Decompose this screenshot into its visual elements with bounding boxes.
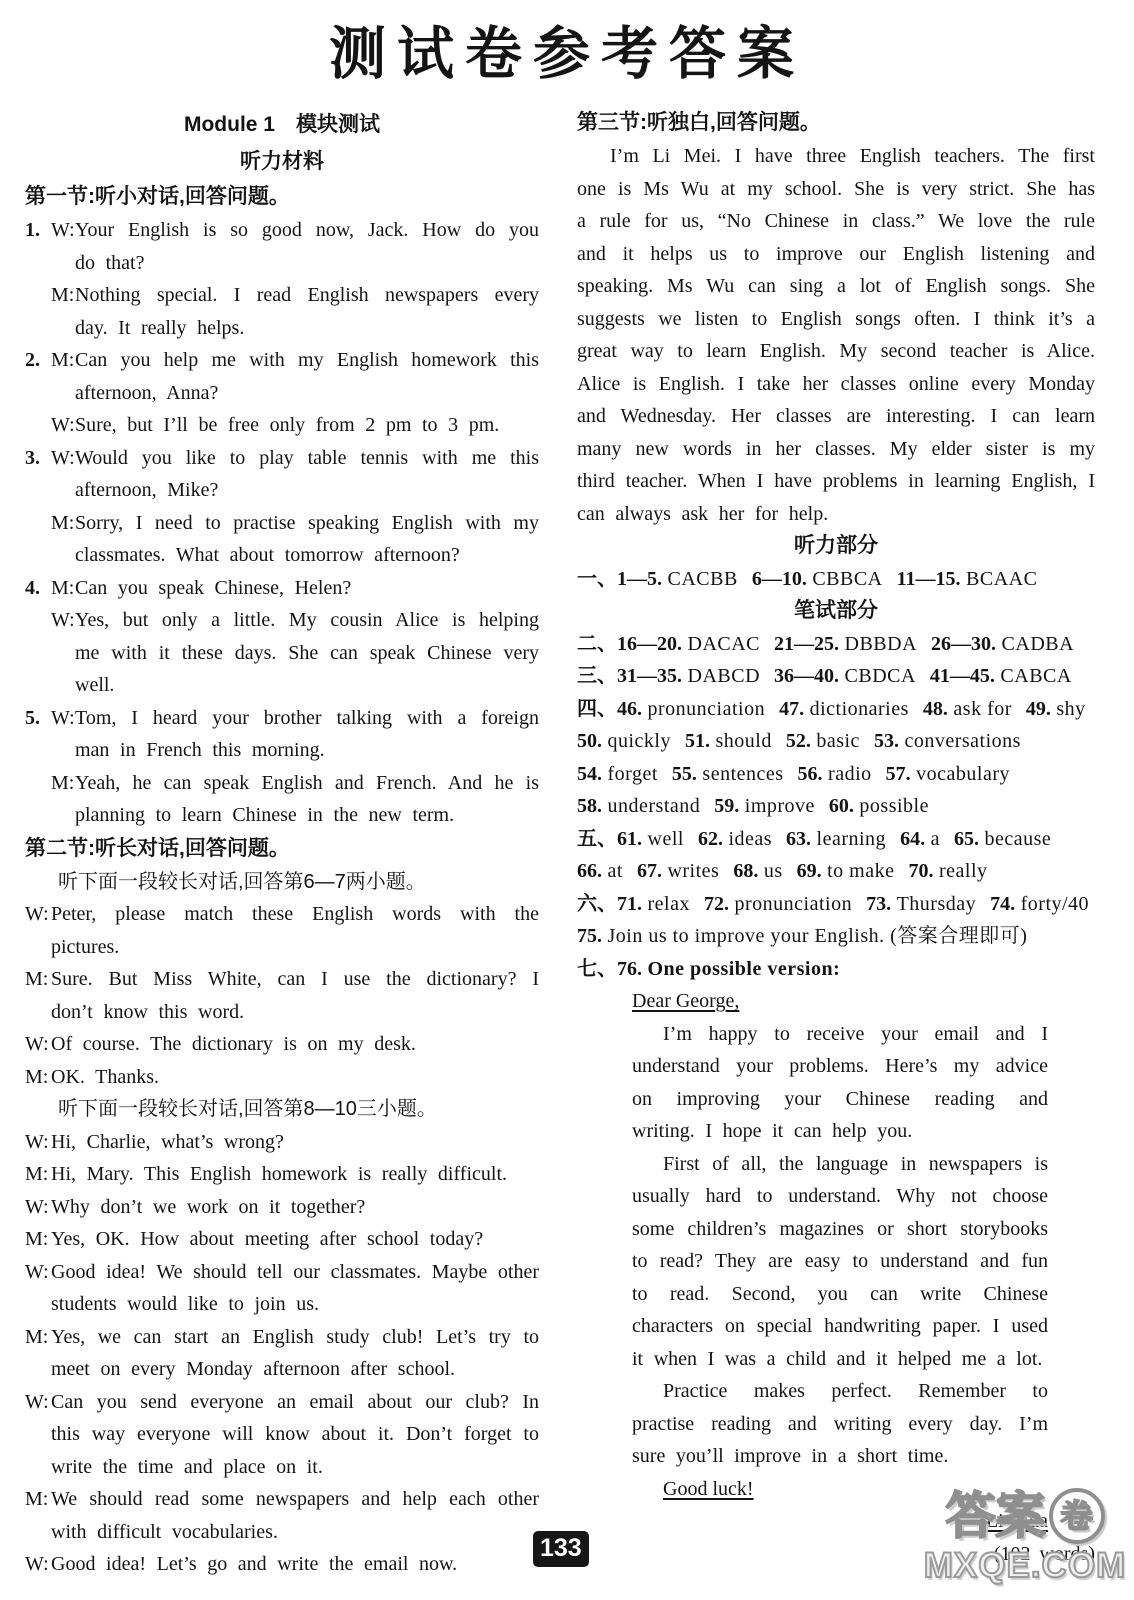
right-column: 第三节:听独白,回答问题。I’m Li Mei. I have three En… <box>577 106 1095 1570</box>
answer-item: 50. quickly <box>577 725 671 758</box>
answer-item: 76. One possible version: <box>617 953 840 986</box>
answer-value: dictionaries <box>804 698 909 720</box>
answer-item: 60. possible <box>829 790 929 823</box>
answer-value: Thursday <box>891 893 976 915</box>
answer-value: at <box>602 860 623 882</box>
answer-value: vocabulary <box>911 763 1010 785</box>
dialogue-line: M:Yes, OK. How about meeting after schoo… <box>25 1223 539 1256</box>
speaker-label: W: <box>25 1256 51 1321</box>
answer-number: 70. <box>909 860 934 882</box>
answer-item: 75. Join us to improve your English. (答案… <box>577 920 1027 953</box>
dialogue-line: M:We should read some newspapers and hel… <box>25 1483 539 1548</box>
part-heading: 听力部分 <box>577 530 1095 563</box>
answer-item: 61. well <box>617 823 684 856</box>
answer-number: 41—45. <box>930 665 995 687</box>
answer-number: 64. <box>900 828 925 850</box>
answer-prefix: 一、 <box>577 563 617 596</box>
answer-number: 26—30. <box>931 633 996 655</box>
answer-number: 6—10. <box>752 568 807 590</box>
dialogue-number <box>25 279 51 344</box>
dialogue-line: 2.M:Can you help me with my English home… <box>25 344 539 409</box>
dialogue-text: Good idea! Let’s go and write the email … <box>51 1548 539 1581</box>
dialogue-line: W:Good idea! We should tell our classmat… <box>25 1256 539 1321</box>
answer-item: 66. at <box>577 855 623 888</box>
dialogue-line: W:Sure, but I’ll be free only from 2 pm … <box>25 409 539 442</box>
answer-value: basic <box>811 730 860 752</box>
answer-row: 二、16—20. DACAC21—25. DBBDA26—30. CADBA <box>577 628 1095 661</box>
answer-item: 53. conversations <box>874 725 1021 758</box>
watermark-site: MXQE.COM <box>918 1544 1132 1588</box>
speaker-label: W: <box>25 1191 51 1224</box>
answer-item: 49. shy <box>1026 693 1086 726</box>
answer-value: radio <box>823 763 872 785</box>
speaker-label: W: <box>25 1126 51 1159</box>
answer-number: 46. <box>617 698 642 720</box>
answer-value: a <box>925 828 940 850</box>
answer-row: 58. understand59. improve60. possible <box>577 790 1095 823</box>
answer-row: 三、31—35. DABCD36—40. CBDCA41—45. CABCA <box>577 660 1095 693</box>
speaker-label: W: <box>51 409 75 442</box>
dialogue-line: W:Good idea! Let’s go and write the emai… <box>25 1548 539 1581</box>
answer-number: 71. <box>617 893 642 915</box>
answer-number: 62. <box>698 828 723 850</box>
answer-number: 52. <box>786 730 811 752</box>
answer-item: 41—45. CABCA <box>930 660 1072 693</box>
answer-number: 57. <box>886 763 911 785</box>
watermark-brand-text: 答案 <box>946 1488 1046 1544</box>
answer-number: 60. <box>829 795 854 817</box>
answer-number: 47. <box>779 698 804 720</box>
dialogue-text: Sure. But Miss White, can I use the dict… <box>51 963 539 1028</box>
dialogue-number <box>25 767 51 832</box>
answer-item: 21—25. DBBDA <box>774 628 917 661</box>
answer-value: possible <box>854 795 929 817</box>
answer-item: 62. ideas <box>698 823 772 856</box>
answer-number: 66. <box>577 860 602 882</box>
speaker-label: M: <box>51 279 75 344</box>
dialogue-line: 4.M:Can you speak Chinese, Helen? <box>25 572 539 605</box>
dialogue-number <box>25 507 51 572</box>
answer-value: CABCA <box>995 665 1072 687</box>
dialogue-text: OK. Thanks. <box>51 1061 539 1094</box>
section-heading: 第二节:听长对话,回答问题。 <box>25 832 539 866</box>
answer-value: shy <box>1051 698 1086 720</box>
page-number-badge: 133 <box>533 1531 589 1567</box>
answer-value: One possible version: <box>642 958 840 980</box>
dialogue-text: Tom, I heard your brother talking with a… <box>75 702 539 767</box>
answer-value: well <box>642 828 684 850</box>
speaker-label: W: <box>51 442 75 507</box>
dialogue-number: 4. <box>25 572 51 605</box>
essay-paragraph: Practice makes perfect. Remember to prac… <box>632 1375 1048 1473</box>
dialogue-text: Hi, Charlie, what’s wrong? <box>51 1126 539 1159</box>
answer-value: to make <box>822 860 895 882</box>
answer-item: 6—10. CBBCA <box>752 563 883 596</box>
essay-paragraph: First of all, the language in newspapers… <box>632 1148 1048 1376</box>
answer-value: CADBA <box>996 633 1074 655</box>
answer-item: 63. learning <box>786 823 886 856</box>
answer-item: 65. because <box>954 823 1051 856</box>
dialogue-line: 3.W:Would you like to play table tennis … <box>25 442 539 507</box>
answer-item: 52. basic <box>786 725 860 758</box>
model-essay: Dear George, I’m happy to receive your e… <box>632 985 1048 1538</box>
listening-intro: 听下面一段较长对话,回答第8—10三小题。 <box>25 1093 539 1126</box>
answer-value: relax <box>642 893 690 915</box>
dialogue-number: 2. <box>25 344 51 409</box>
speaker-label: M: <box>51 572 75 605</box>
part-heading: 笔试部分 <box>577 595 1095 628</box>
answer-item: 67. writes <box>637 855 719 888</box>
dialogue-line: 5.W:Tom, I heard your brother talking wi… <box>25 702 539 767</box>
dialogue-text: Good idea! We should tell our classmates… <box>51 1256 539 1321</box>
answer-item: 57. vocabulary <box>886 758 1010 791</box>
answer-prefix: 二、 <box>577 628 617 661</box>
answer-prefix: 七、 <box>577 953 617 986</box>
answer-prefix: 五、 <box>577 823 617 856</box>
answer-number: 61. <box>617 828 642 850</box>
answer-item: 70. really <box>909 855 988 888</box>
answer-number: 58. <box>577 795 602 817</box>
answer-item: 36—40. CBDCA <box>774 660 916 693</box>
answer-number: 68. <box>733 860 758 882</box>
answer-number: 75. <box>577 925 602 947</box>
answer-number: 48. <box>923 698 948 720</box>
answer-number: 51. <box>685 730 710 752</box>
answer-value: writes <box>662 860 719 882</box>
answer-number: 36—40. <box>774 665 839 687</box>
dialogue-line: M:Yeah, he can speak English and French.… <box>25 767 539 832</box>
dialogue-text: Why don’t we work on it together? <box>51 1191 539 1224</box>
answer-number: 72. <box>704 893 729 915</box>
answer-number: 1—5. <box>617 568 662 590</box>
answer-value: should <box>710 730 772 752</box>
speaker-label: W: <box>25 1386 51 1484</box>
answer-number: 56. <box>798 763 823 785</box>
left-column-flow: 第一节:听小对话,回答问题。1.W:Your English is so goo… <box>25 180 539 1581</box>
answer-number: 49. <box>1026 698 1051 720</box>
answer-value: DACAC <box>682 633 760 655</box>
answer-item: 55. sentences <box>672 758 784 791</box>
dialogue-text: We should read some newspapers and help … <box>51 1483 539 1548</box>
answer-number: 65. <box>954 828 979 850</box>
answer-row: 六、71. relax72. pronunciation73. Thursday… <box>577 888 1095 921</box>
speaker-label: M: <box>51 767 75 832</box>
answer-item: 71. relax <box>617 888 690 921</box>
answer-value: because <box>979 828 1051 850</box>
dialogue-text: Can you speak Chinese, Helen? <box>75 572 539 605</box>
dialogue-text: Sorry, I need to practise speaking Engli… <box>75 507 539 572</box>
dialogue-text: Sure, but I’ll be free only from 2 pm to… <box>75 409 539 442</box>
dialogue-text: Hi, Mary. This English homework is reall… <box>51 1158 539 1191</box>
answer-prefix: 三、 <box>577 660 617 693</box>
speaker-label: W: <box>51 604 75 702</box>
right-column-flow: 第三节:听独白,回答问题。I’m Li Mei. I have three En… <box>577 106 1095 985</box>
speaker-label: M: <box>25 1061 51 1094</box>
answer-value: ideas <box>723 828 772 850</box>
page-title: 测试卷参考答案 <box>0 8 1134 90</box>
watermark: 答案卷 MXQE.COM <box>918 1488 1132 1588</box>
left-column: Module 1 模块测试 听力材料 第一节:听小对话,回答问题。1.W:You… <box>25 106 539 1581</box>
answer-row: 一、1—5. CACBB6—10. CBBCA11—15. BCAAC <box>577 563 1095 596</box>
answer-number: 54. <box>577 763 602 785</box>
answer-item: 11—15. BCAAC <box>897 563 1038 596</box>
answer-number: 55. <box>672 763 697 785</box>
answer-number: 69. <box>797 860 822 882</box>
answer-row: 54. forget55. sentences56. radio57. voca… <box>577 758 1095 791</box>
answer-prefix: 四、 <box>577 693 617 726</box>
answer-value: CACBB <box>662 568 738 590</box>
answer-number: 21—25. <box>774 633 839 655</box>
dialogue-text: Of course. The dictionary is on my desk. <box>51 1028 539 1061</box>
monologue-paragraph: I’m Li Mei. I have three English teacher… <box>577 140 1095 530</box>
answer-value: us <box>758 860 782 882</box>
answer-item: 31—35. DABCD <box>617 660 760 693</box>
listening-material-heading: 听力材料 <box>25 143 539 180</box>
answer-number: 31—35. <box>617 665 682 687</box>
answer-number: 50. <box>577 730 602 752</box>
watermark-circle-icon: 卷 <box>1049 1488 1105 1544</box>
dialogue-line: W:Of course. The dictionary is on my des… <box>25 1028 539 1061</box>
answer-number: 63. <box>786 828 811 850</box>
dialogue-text: Can you send everyone an email about our… <box>51 1386 539 1484</box>
speaker-label: M: <box>25 1483 51 1548</box>
answer-row: 七、76. One possible version: <box>577 953 1095 986</box>
answer-value: pronunciation <box>642 698 765 720</box>
speaker-label: W: <box>51 214 75 279</box>
dialogue-number <box>25 409 51 442</box>
dialogue-text: Yeah, he can speak English and French. A… <box>75 767 539 832</box>
essay-closing-text: Good luck! <box>663 1478 754 1500</box>
speaker-label: M: <box>25 1158 51 1191</box>
answer-value: learning <box>811 828 886 850</box>
speaker-label: W: <box>51 702 75 767</box>
answer-item: 46. pronunciation <box>617 693 765 726</box>
answer-value: DBBDA <box>839 633 917 655</box>
answer-item: 64. a <box>900 823 940 856</box>
dialogue-line: M:Sure. But Miss White, can I use the di… <box>25 963 539 1028</box>
dialogue-number: 3. <box>25 442 51 507</box>
dialogue-line: W:Hi, Charlie, what’s wrong? <box>25 1126 539 1159</box>
answer-value: forty/40 <box>1015 893 1089 915</box>
speaker-label: M: <box>51 344 75 409</box>
answer-value: sentences <box>697 763 784 785</box>
answer-item: 1—5. CACBB <box>617 563 738 596</box>
answer-row: 四、46. pronunciation47. dictionaries48. a… <box>577 693 1095 726</box>
answer-value: DABCD <box>682 665 760 687</box>
answer-row: 75. Join us to improve your English. (答案… <box>577 920 1095 953</box>
answer-item: 72. pronunciation <box>704 888 852 921</box>
answer-value: Join us to improve your English. (答案合理即可… <box>602 925 1027 947</box>
dialogue-text: Yes, but only a little. My cousin Alice … <box>75 604 539 702</box>
dialogue-number: 1. <box>25 214 51 279</box>
answer-key-page: 测试卷参考答案 Module 1 模块测试 听力材料 第一节:听小对话,回答问题… <box>0 0 1134 1600</box>
answer-row: 50. quickly51. should52. basic53. conver… <box>577 725 1095 758</box>
answer-prefix: 六、 <box>577 888 617 921</box>
speaker-label: M: <box>25 1223 51 1256</box>
essay-paragraph: I’m happy to receive your email and I un… <box>632 1018 1048 1148</box>
dialogue-line: W:Can you send everyone an email about o… <box>25 1386 539 1484</box>
dialogue-line: W:Why don’t we work on it together? <box>25 1191 539 1224</box>
answer-value: really <box>934 860 988 882</box>
answer-number: 16—20. <box>617 633 682 655</box>
answer-value: understand <box>602 795 700 817</box>
speaker-label: W: <box>25 1028 51 1061</box>
answer-item: 54. forget <box>577 758 658 791</box>
answer-value: BCAAC <box>961 568 1038 590</box>
answer-value: CBDCA <box>839 665 916 687</box>
answer-number: 73. <box>866 893 891 915</box>
answer-number: 76. <box>617 958 642 980</box>
dialogue-line: M:Sorry, I need to practise speaking Eng… <box>25 507 539 572</box>
essay-paragraphs: I’m happy to receive your email and I un… <box>632 1018 1048 1473</box>
dialogue-line: 1.W:Your English is so good now, Jack. H… <box>25 214 539 279</box>
speaker-label: M: <box>25 963 51 1028</box>
section-heading: 第三节:听独白,回答问题。 <box>577 106 1095 140</box>
watermark-brand: 答案卷 <box>918 1488 1132 1544</box>
dialogue-line: M:OK. Thanks. <box>25 1061 539 1094</box>
answer-item: 47. dictionaries <box>779 693 909 726</box>
dialogue-text: Can you help me with my English homework… <box>75 344 539 409</box>
module-heading: Module 1 模块测试 <box>25 106 539 143</box>
answer-item: 16—20. DACAC <box>617 628 760 661</box>
dialogue-line: M:Nothing special. I read English newspa… <box>25 279 539 344</box>
answer-item: 26—30. CADBA <box>931 628 1074 661</box>
answer-item: 73. Thursday <box>866 888 976 921</box>
answer-value: forget <box>602 763 658 785</box>
dialogue-text: Yes, OK. How about meeting after school … <box>51 1223 539 1256</box>
dialogue-text: Would you like to play table tennis with… <box>75 442 539 507</box>
section-heading: 第一节:听小对话,回答问题。 <box>25 180 539 214</box>
answer-value: ask for <box>948 698 1012 720</box>
answer-number: 67. <box>637 860 662 882</box>
answer-value: CBBCA <box>807 568 883 590</box>
answer-item: 69. to make <box>797 855 895 888</box>
essay-salutation: Dear George, <box>632 985 1048 1018</box>
speaker-label: W: <box>25 1548 51 1581</box>
dialogue-line: M:Hi, Mary. This English homework is rea… <box>25 1158 539 1191</box>
dialogue-text: Peter, please match these English words … <box>51 898 539 963</box>
answer-item: 56. radio <box>798 758 872 791</box>
answer-item: 74. forty/40 <box>990 888 1089 921</box>
answer-value: conversations <box>899 730 1021 752</box>
speaker-label: M: <box>25 1321 51 1386</box>
answer-row: 66. at67. writes68. us69. to make70. rea… <box>577 855 1095 888</box>
dialogue-text: Nothing special. I read English newspape… <box>75 279 539 344</box>
answer-number: 11—15. <box>897 568 961 590</box>
answer-item: 51. should <box>685 725 772 758</box>
answer-row: 五、61. well62. ideas63. learning64. a65. … <box>577 823 1095 856</box>
dialogue-text: Your English is so good now, Jack. How d… <box>75 214 539 279</box>
answer-item: 48. ask for <box>923 693 1012 726</box>
answer-item: 59. improve <box>714 790 815 823</box>
dialogue-line: W:Yes, but only a little. My cousin Alic… <box>25 604 539 702</box>
answer-number: 59. <box>714 795 739 817</box>
answer-value: improve <box>739 795 815 817</box>
dialogue-line: W:Peter, please match these English word… <box>25 898 539 963</box>
answer-number: 74. <box>990 893 1015 915</box>
answer-value: quickly <box>602 730 671 752</box>
speaker-label: M: <box>51 507 75 572</box>
speaker-label: W: <box>25 898 51 963</box>
answer-item: 68. us <box>733 855 782 888</box>
answer-number: 53. <box>874 730 899 752</box>
dialogue-line: M:Yes, we can start an English study clu… <box>25 1321 539 1386</box>
dialogue-number: 5. <box>25 702 51 767</box>
answer-value: pronunciation <box>729 893 852 915</box>
dialogue-text: Yes, we can start an English study club!… <box>51 1321 539 1386</box>
dialogue-number <box>25 604 51 702</box>
listening-intro: 听下面一段较长对话,回答第6—7两小题。 <box>25 866 539 899</box>
answer-item: 58. understand <box>577 790 700 823</box>
